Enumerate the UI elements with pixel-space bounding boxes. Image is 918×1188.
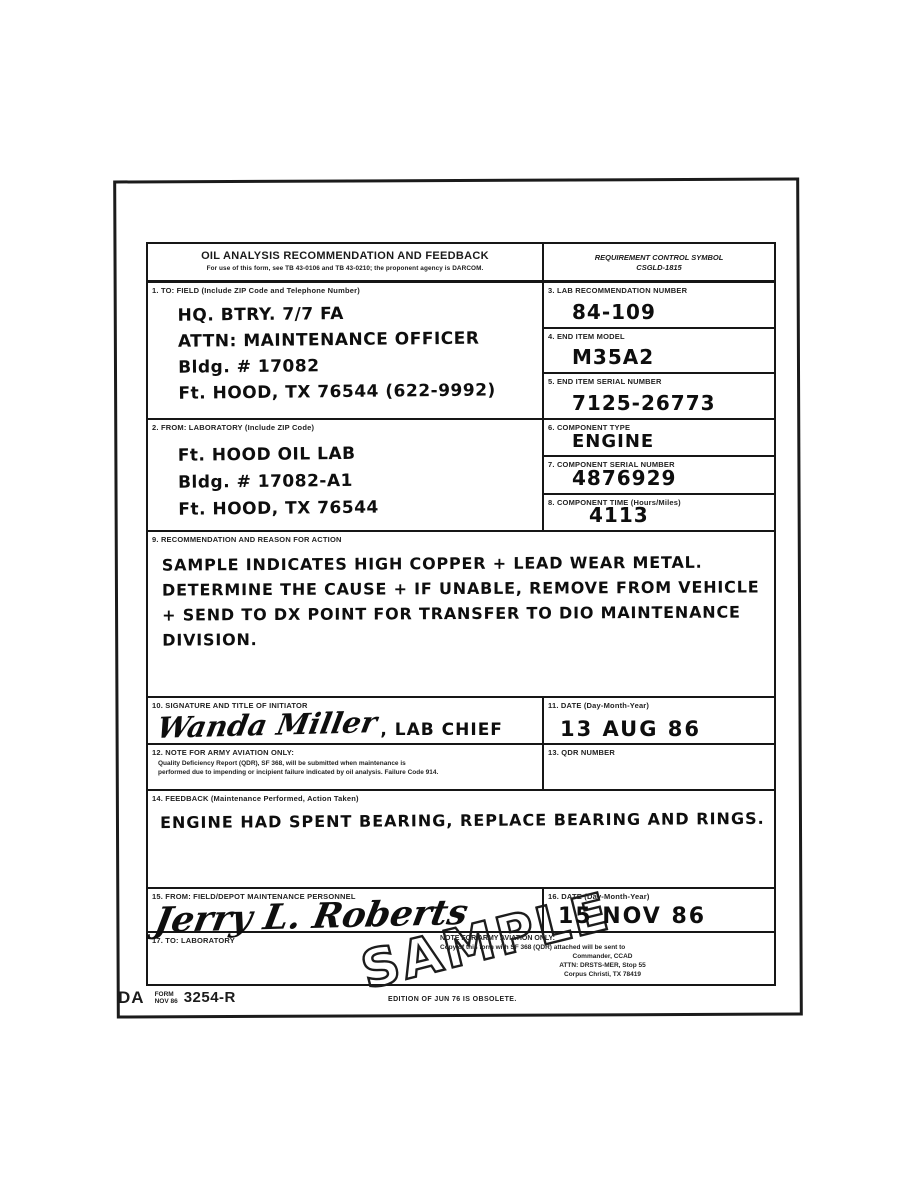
handwritten-value: M35A2 [572, 345, 654, 369]
form-title: OIL ANALYSIS RECOMMENDATION AND FEEDBACK [148, 244, 542, 262]
field-component-type: 6. COMPONENT TYPE ENGINE [544, 420, 774, 457]
handwritten-line: Ft. HOOD OIL LAB [178, 439, 542, 470]
aviation-note-line: Quality Deficiency Report (QDR), SF 368,… [158, 760, 542, 769]
field-component-serial: 7. COMPONENT SERIAL NUMBER 4876929 [544, 457, 774, 495]
edition-note: EDITION OF JUN 76 IS OBSOLETE. [388, 996, 517, 1003]
field-end-item-model: 4. END ITEM MODEL M35A2 [544, 329, 774, 374]
control-symbol-value: CSGLD-1815 [544, 263, 774, 273]
handwritten-value: 15 NOV 86 [558, 904, 706, 929]
handwritten-value: 13 AUG 86 [560, 717, 701, 741]
handwritten-line: Ft. HOOD, TX 76544 [178, 493, 542, 524]
field-feedback: 14. FEEDBACK (Maintenance Performed, Act… [148, 791, 774, 889]
aviation-note2-line: Commander, CCAD [440, 952, 765, 961]
field-component-time-label: 8. COMPONENT TIME (Hours/Miles) [544, 495, 774, 507]
field-qdr-number-label: 13. QDR NUMBER [544, 745, 774, 757]
handwritten-line: Ft. HOOD, TX 76544 (622-9992) [178, 377, 542, 407]
control-symbol-box: REQUIREMENT CONTROL SYMBOL CSGLD-1815 [544, 244, 774, 283]
da-form-3254r: OIL ANALYSIS RECOMMENDATION AND FEEDBACK… [146, 242, 776, 986]
field-end-item-model-label: 4. END ITEM MODEL [544, 329, 774, 341]
field-qdr-number: 13. QDR NUMBER [544, 745, 774, 791]
aviation-note2-line: Copy of this form with SF 368 (QDR) atta… [440, 943, 765, 952]
aviation-note2-line: ATTN: DRSTS-MER, Stop 55 [440, 961, 765, 970]
handwritten-line: ENGINE HAD SPENT BEARING, REPLACE BEARIN… [148, 801, 774, 832]
field-date-feedback-label: 16. DATE (Day-Month-Year) [544, 889, 774, 901]
initiator-title: , LAB CHIEF [380, 720, 503, 740]
field-date-initiated: 11. DATE (Day-Month-Year) 13 AUG 86 [544, 698, 774, 745]
field-lab-recommendation-number: 3. LAB RECOMMENDATION NUMBER 84-109 [544, 283, 774, 329]
handwritten-line: ATTN: MAINTENANCE OFFICER [178, 325, 542, 355]
footer-form-word: FORM [155, 991, 178, 998]
field-to: 1. TO: FIELD (Include ZIP Code and Telep… [148, 283, 544, 420]
form-subtitle: For use of this form, see TB 43-0106 and… [148, 262, 542, 272]
handwritten-line: + SEND TO DX POINT FOR TRANSFER TO DIO M… [162, 599, 774, 627]
aviation-note2-line: Corpus Christi, TX 78419 [440, 970, 765, 979]
initiator-signature: Wanda Miller [154, 705, 379, 745]
field-to-laboratory: 17. TO: LABORATORY NOTE FOR ARMY AVIATIO… [148, 933, 774, 984]
field-component-time: 8. COMPONENT TIME (Hours/Miles) 4113 [544, 495, 774, 532]
handwritten-value: 7125-26773 [572, 391, 716, 415]
footer-da: DA [118, 988, 145, 1008]
footer-form-date: NOV 86 [155, 998, 178, 1005]
field-end-item-serial-label: 5. END ITEM SERIAL NUMBER [544, 374, 774, 386]
maintenance-signature: Jerry L. Roberts [151, 892, 471, 941]
field-initiator-signature: 10. SIGNATURE AND TITLE OF INITIATOR Wan… [148, 698, 544, 745]
field-aviation-note-label: 12. NOTE FOR ARMY AVIATION ONLY: [148, 745, 542, 757]
handwritten-line: Bldg. # 17082 [178, 351, 542, 381]
field-lab-recommendation-number-label: 3. LAB RECOMMENDATION NUMBER [544, 283, 774, 295]
field-end-item-serial: 5. END ITEM SERIAL NUMBER 7125-26773 [544, 374, 774, 420]
form-footer: DA FORM NOV 86 3254-R [118, 988, 236, 1008]
field-aviation-note: 12. NOTE FOR ARMY AVIATION ONLY: Quality… [148, 745, 544, 791]
footer-form-number: 3254-R [184, 989, 236, 1006]
field-from-laboratory: 2. FROM: LABORATORY (Include ZIP Code) F… [148, 420, 544, 532]
field-date-initiated-label: 11. DATE (Day-Month-Year) [544, 698, 774, 710]
field-date-feedback: 16. DATE (Day-Month-Year) 15 NOV 86 [544, 889, 774, 933]
control-symbol-label: REQUIREMENT CONTROL SYMBOL [544, 253, 774, 263]
handwritten-line: DIVISION. [162, 624, 774, 652]
handwritten-value: 84-109 [572, 300, 656, 324]
handwritten-line: DETERMINE THE CAUSE + IF UNABLE, REMOVE … [162, 574, 774, 602]
form-title-box: OIL ANALYSIS RECOMMENDATION AND FEEDBACK… [148, 244, 544, 283]
aviation-note2-title: NOTE FOR ARMY AVIATION ONLY: [440, 934, 765, 943]
aviation-note-line: performed due to impending or incipient … [158, 769, 542, 778]
handwritten-value: 4876929 [572, 466, 676, 490]
handwritten-value: 4113 [589, 503, 649, 527]
handwritten-line: HQ. BTRY. 7/7 FA [177, 299, 541, 329]
handwritten-line: Bldg. # 17082-A1 [178, 466, 542, 497]
field-recommendation: 9. RECOMMENDATION AND REASON FOR ACTION … [148, 532, 774, 698]
handwritten-line: SAMPLE INDICATES HIGH COPPER + LEAD WEAR… [162, 549, 774, 577]
handwritten-value: ENGINE [572, 431, 654, 452]
